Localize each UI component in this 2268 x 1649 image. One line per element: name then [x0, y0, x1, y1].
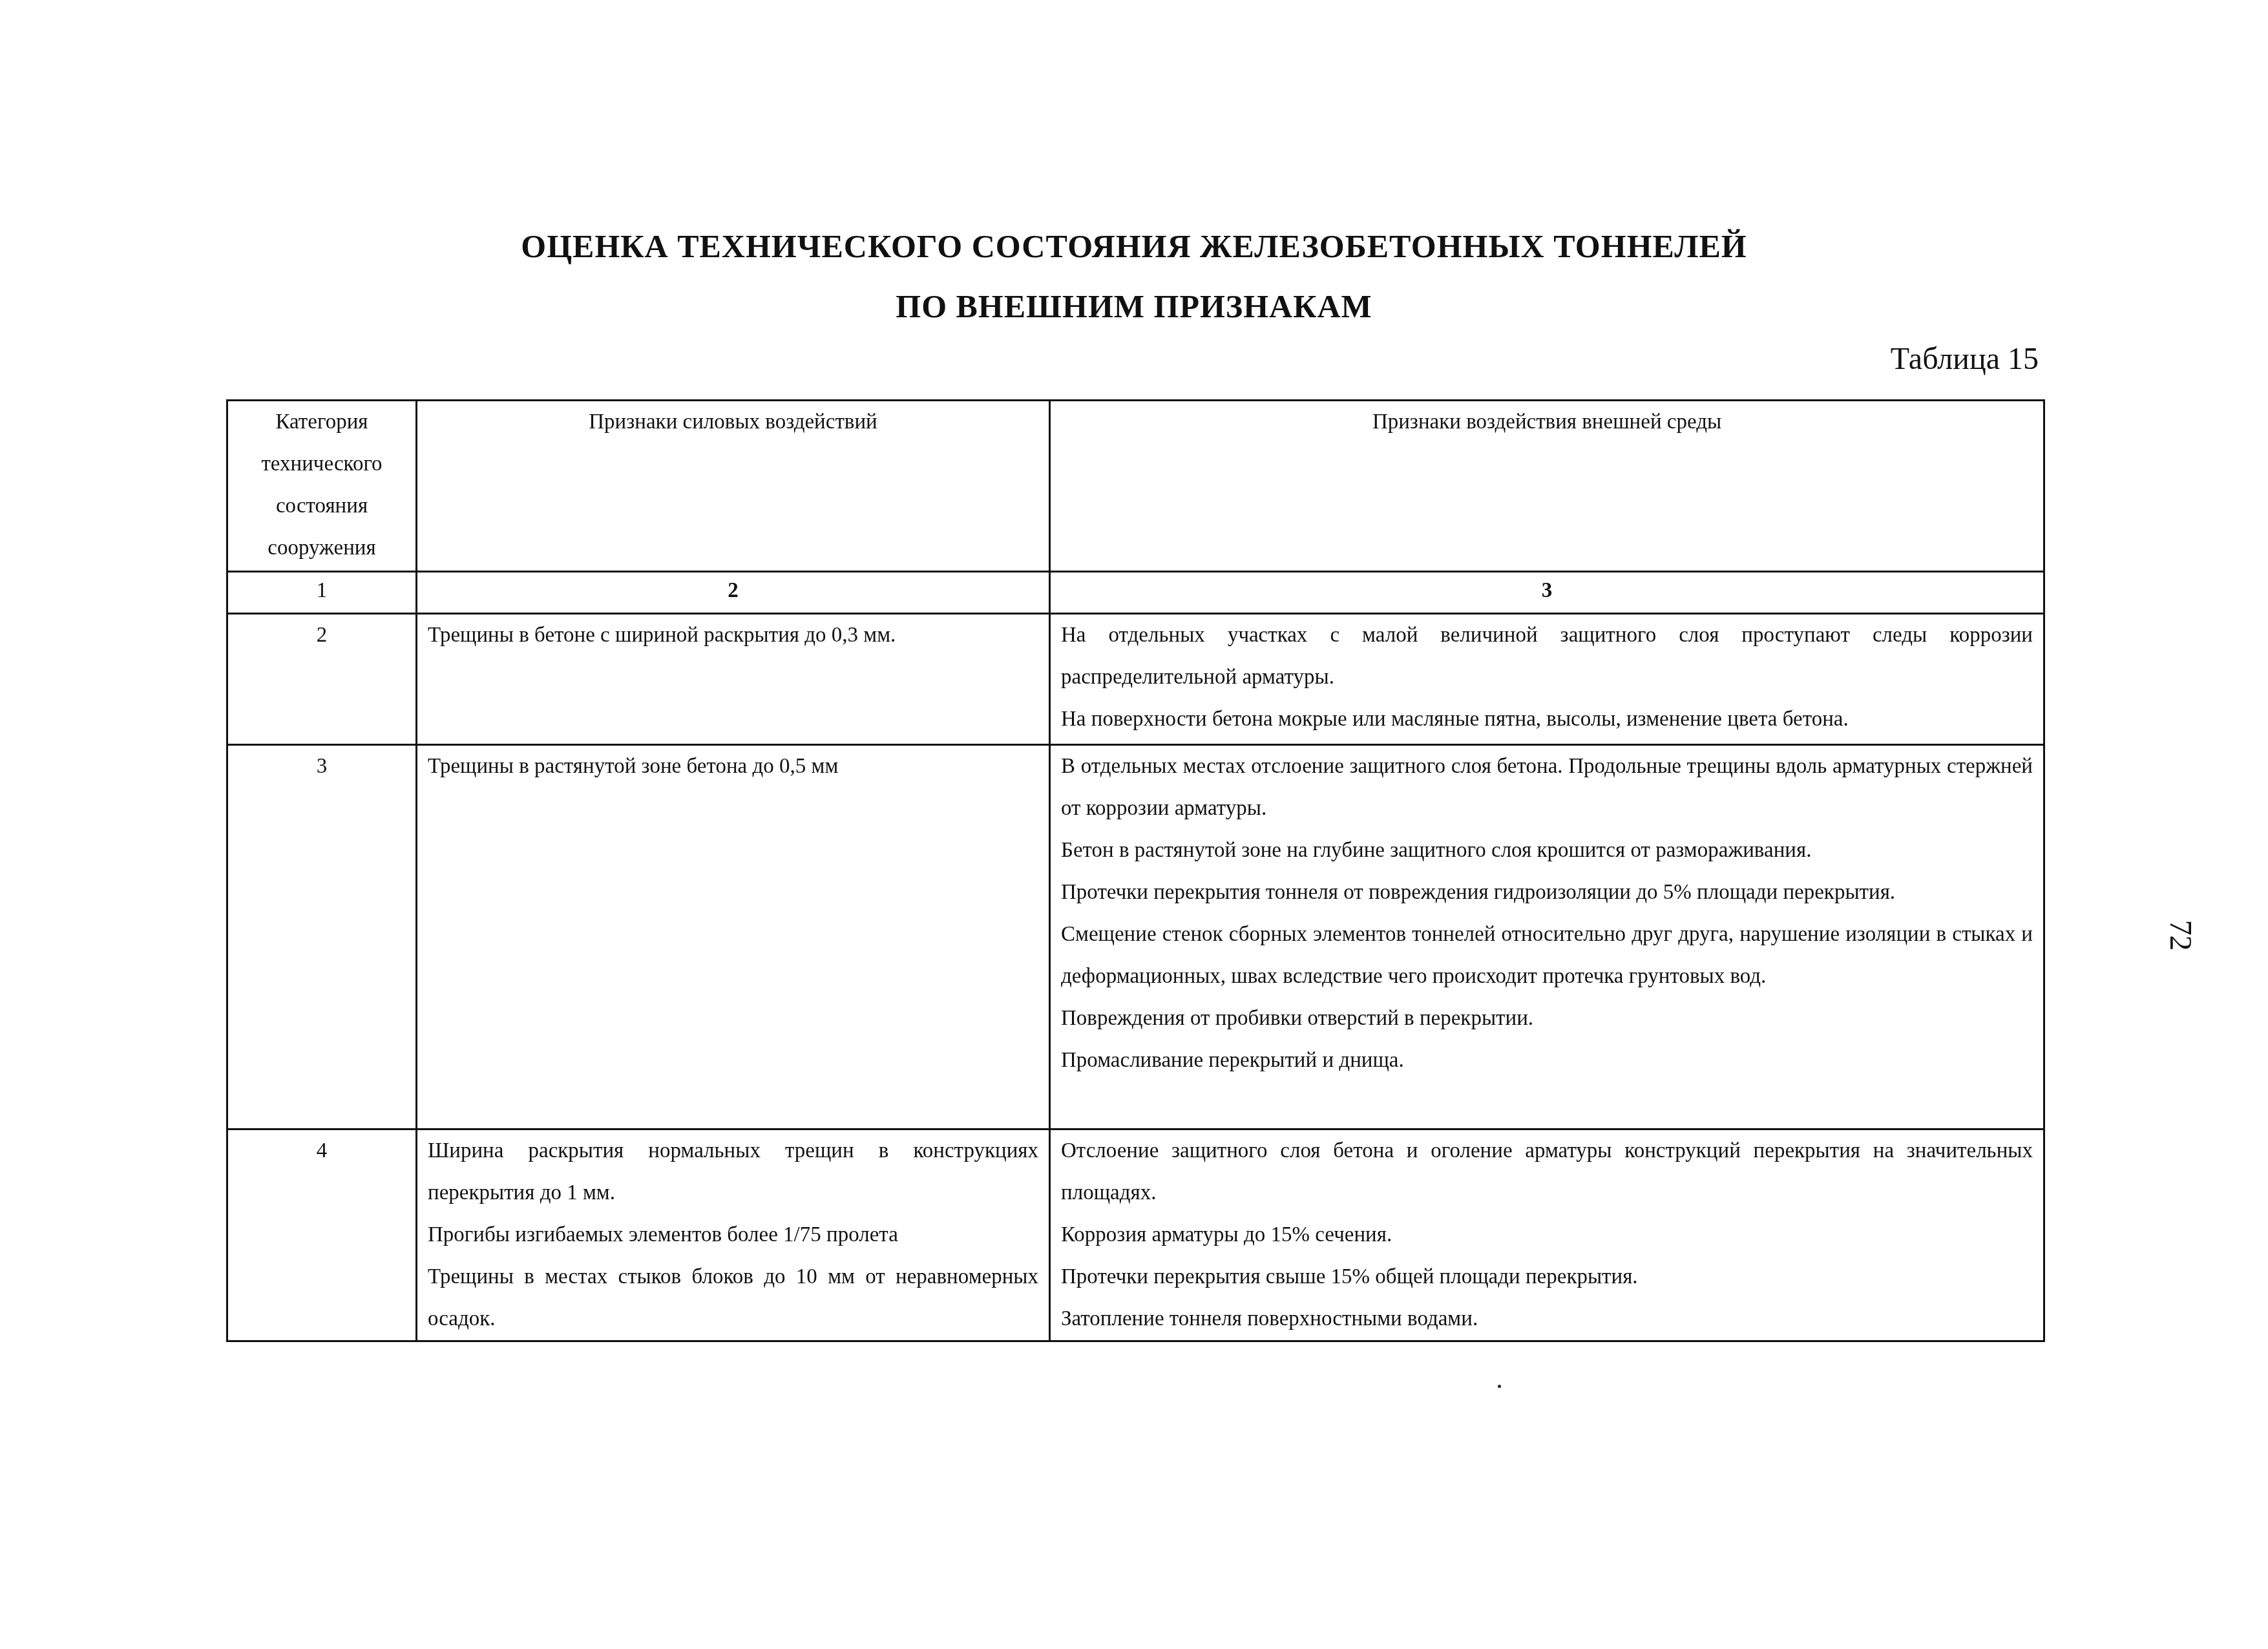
category-cell: 2	[227, 614, 417, 745]
column-number: 3	[1050, 572, 2044, 614]
environment-signs-cell: В отдельных местах отслоение защитного с…	[1050, 745, 2044, 1129]
page-number: 72	[2163, 920, 2198, 951]
environment-signs-cell: Отслоение защитного слоя бетона и оголен…	[1050, 1129, 2044, 1341]
environment-sign: На поверхности бетона мокрые или масляны…	[1061, 698, 2033, 740]
environment-sign: Смещение стенок сборных элементов тоннел…	[1061, 914, 2033, 998]
environment-sign: Затопление тоннеля поверхностными водами…	[1061, 1298, 2033, 1340]
environment-sign: Коррозия арматуры до 15% сечения.	[1061, 1214, 2033, 1256]
environment-sign: Протечки перекрытия свыше 15% общей площ…	[1061, 1256, 2033, 1298]
table-row: 2 Трещины в бетоне с шириной раскрытия д…	[227, 614, 2044, 745]
force-sign: Ширина раскрытия нормальных трещин в кон…	[428, 1130, 1038, 1214]
column-number: 2	[417, 572, 1050, 614]
environment-sign: Отслоение защитного слоя бетона и оголен…	[1061, 1130, 2033, 1214]
document-title-line2: ПО ВНЕШНИМ ПРИЗНАКАМ	[0, 288, 2268, 325]
force-signs-cell: Трещины в растянутой зоне бетона до 0,5 …	[417, 745, 1050, 1129]
header-category: Категория технического состояния сооруже…	[227, 401, 417, 572]
environment-sign: Протечки перекрытия тоннеля от поврежден…	[1061, 872, 2033, 914]
environment-sign: Бетон в растянутой зоне на глубине защит…	[1061, 830, 2033, 872]
scan-artifact-dot	[1498, 1385, 1501, 1388]
force-sign: Трещины в местах стыков блоков до 10 мм …	[428, 1256, 1038, 1340]
environment-sign: Повреждения от пробивки отверстий в пере…	[1061, 998, 2033, 1040]
environment-signs-cell: На отдельных участках с малой величиной …	[1050, 614, 2044, 745]
header-force-signs: Признаки силовых воздействий	[417, 401, 1050, 572]
environment-sign: В отдельных местах отслоение защитного с…	[1061, 746, 2033, 830]
force-signs-cell: Трещины в бетоне с шириной раскрытия до …	[417, 614, 1050, 745]
environment-sign: Промасливание перекрытий и днища.	[1061, 1040, 2033, 1082]
header-category-line: технического	[238, 443, 405, 485]
column-number-row: 1 2 3	[227, 572, 2044, 614]
document-title-line1: ОЦЕНКА ТЕХНИЧЕСКОГО СОСТОЯНИЯ ЖЕЛЕЗОБЕТО…	[0, 227, 2268, 265]
condition-assessment-table: Категория технического состояния сооруже…	[226, 399, 2045, 1342]
force-signs-cell: Ширина раскрытия нормальных трещин в кон…	[417, 1129, 1050, 1341]
category-cell: 3	[227, 745, 417, 1129]
header-environment-signs: Признаки воздействия внешней среды	[1050, 401, 2044, 572]
force-sign: Трещины в растянутой зоне бетона до 0,5 …	[428, 746, 1038, 788]
force-sign: Прогибы изгибаемых элементов более 1/75 …	[428, 1214, 1038, 1256]
table-header-row: Категория технического состояния сооруже…	[227, 401, 2044, 572]
table-row: 4 Ширина раскрытия нормальных трещин в к…	[227, 1129, 2044, 1341]
table-row: 3 Трещины в растянутой зоне бетона до 0,…	[227, 745, 2044, 1129]
header-category-line: Категория	[238, 401, 405, 443]
category-cell: 4	[227, 1129, 417, 1341]
environment-sign: На отдельных участках с малой величиной …	[1061, 614, 2033, 698]
header-category-line: состояния	[238, 485, 405, 527]
force-sign: Трещины в бетоне с шириной раскрытия до …	[428, 614, 1038, 656]
header-category-line: сооружения	[238, 527, 405, 569]
table-label: Таблица 15	[1891, 341, 2039, 377]
column-number: 1	[227, 572, 417, 614]
